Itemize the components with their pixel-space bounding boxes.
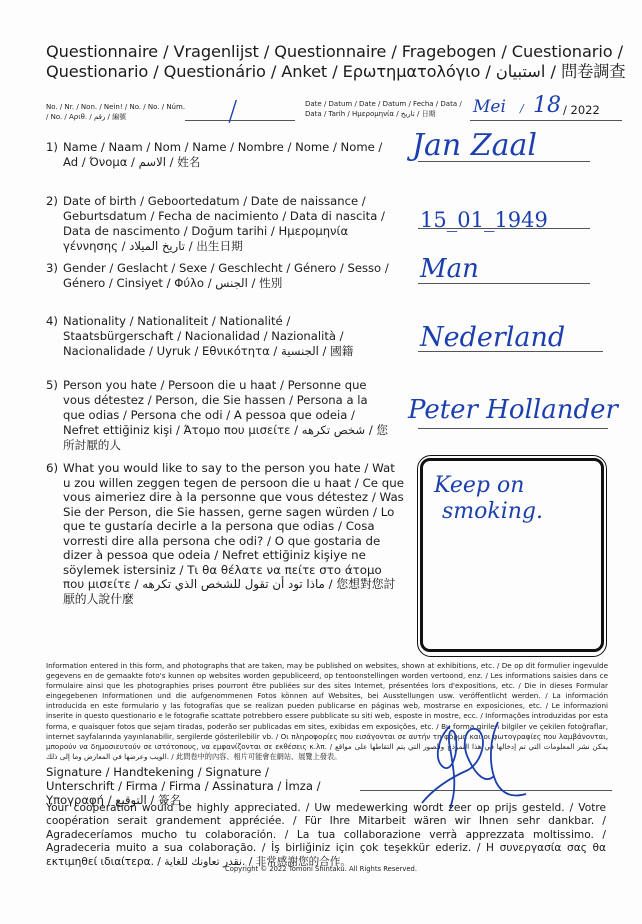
question-number: 1) bbox=[46, 140, 58, 155]
number-field-value[interactable]: / bbox=[228, 94, 237, 127]
question-label: Date of birth / Geboortedatum / Date de … bbox=[46, 194, 391, 254]
form-title: Questionnaire / Vragenlijst / Questionna… bbox=[46, 42, 626, 82]
question-label: Nationality / Nationaliteit / Nationalit… bbox=[46, 314, 391, 359]
date-underline bbox=[470, 120, 622, 121]
answer-birthdate[interactable]: 15_01_1949 bbox=[420, 208, 548, 232]
question-number: 6) bbox=[46, 461, 58, 476]
date-label: Date / Datum / Date / Datum / Fecha / Da… bbox=[305, 99, 470, 119]
answer-message: Keep on smoking. bbox=[434, 473, 543, 525]
answer-message-line-2: smoking. bbox=[434, 499, 543, 525]
date-separator: / bbox=[520, 102, 524, 115]
number-underline bbox=[185, 120, 295, 121]
question-2: 2) Date of birth / Geboortedatum / Date … bbox=[46, 194, 391, 254]
question-number: 5) bbox=[46, 378, 58, 393]
answer-hated-person[interactable]: Peter Hollander bbox=[408, 395, 618, 425]
question-label: Name / Naam / Nom / Name / Nombre / Nome… bbox=[46, 140, 391, 170]
question-number: 2) bbox=[46, 194, 58, 209]
signature-label: Signature / Handtekening / Signature / U… bbox=[46, 765, 326, 807]
questionnaire-page: Questionnaire / Vragenlijst / Questionna… bbox=[0, 0, 642, 924]
answer-line-hated-person bbox=[418, 428, 608, 429]
question-label: Gender / Geslacht / Sexe / Geschlecht / … bbox=[46, 261, 391, 291]
cooperation-note: Your cooperation would be highly appreci… bbox=[46, 802, 606, 869]
signature-scribble[interactable] bbox=[420, 718, 540, 813]
question-4: 4) Nationality / Nationaliteit / Nationa… bbox=[46, 314, 391, 359]
answer-message-line-1: Keep on bbox=[434, 473, 543, 499]
question-5: 5) Person you hate / Persoon die u haat … bbox=[46, 378, 391, 453]
question-1: 1) Name / Naam / Nom / Name / Nombre / N… bbox=[46, 140, 391, 170]
date-day: 18 bbox=[533, 93, 561, 118]
question-label: What you would like to say to the person… bbox=[46, 461, 406, 606]
question-3: 3) Gender / Geslacht / Sexe / Geschlecht… bbox=[46, 261, 391, 291]
date-month: Mei bbox=[473, 97, 506, 117]
question-6: 6) What you would like to say to the per… bbox=[46, 461, 406, 606]
answer-nationality[interactable]: Nederland bbox=[420, 322, 565, 353]
question-number: 3) bbox=[46, 261, 58, 276]
answer-gender[interactable]: Man bbox=[420, 254, 479, 284]
answer-name[interactable]: Jan Zaal bbox=[412, 128, 537, 163]
question-number: 4) bbox=[46, 314, 58, 329]
question-label: Person you hate / Persoon die u haat / P… bbox=[46, 378, 391, 453]
date-year: / 2022 bbox=[563, 103, 600, 117]
number-label: No. / Nr. / Non. / Nein! / No. / No. / N… bbox=[46, 102, 186, 122]
copyright: Copyright © 2022 Tomoni Shintaku. All Ri… bbox=[0, 865, 642, 873]
